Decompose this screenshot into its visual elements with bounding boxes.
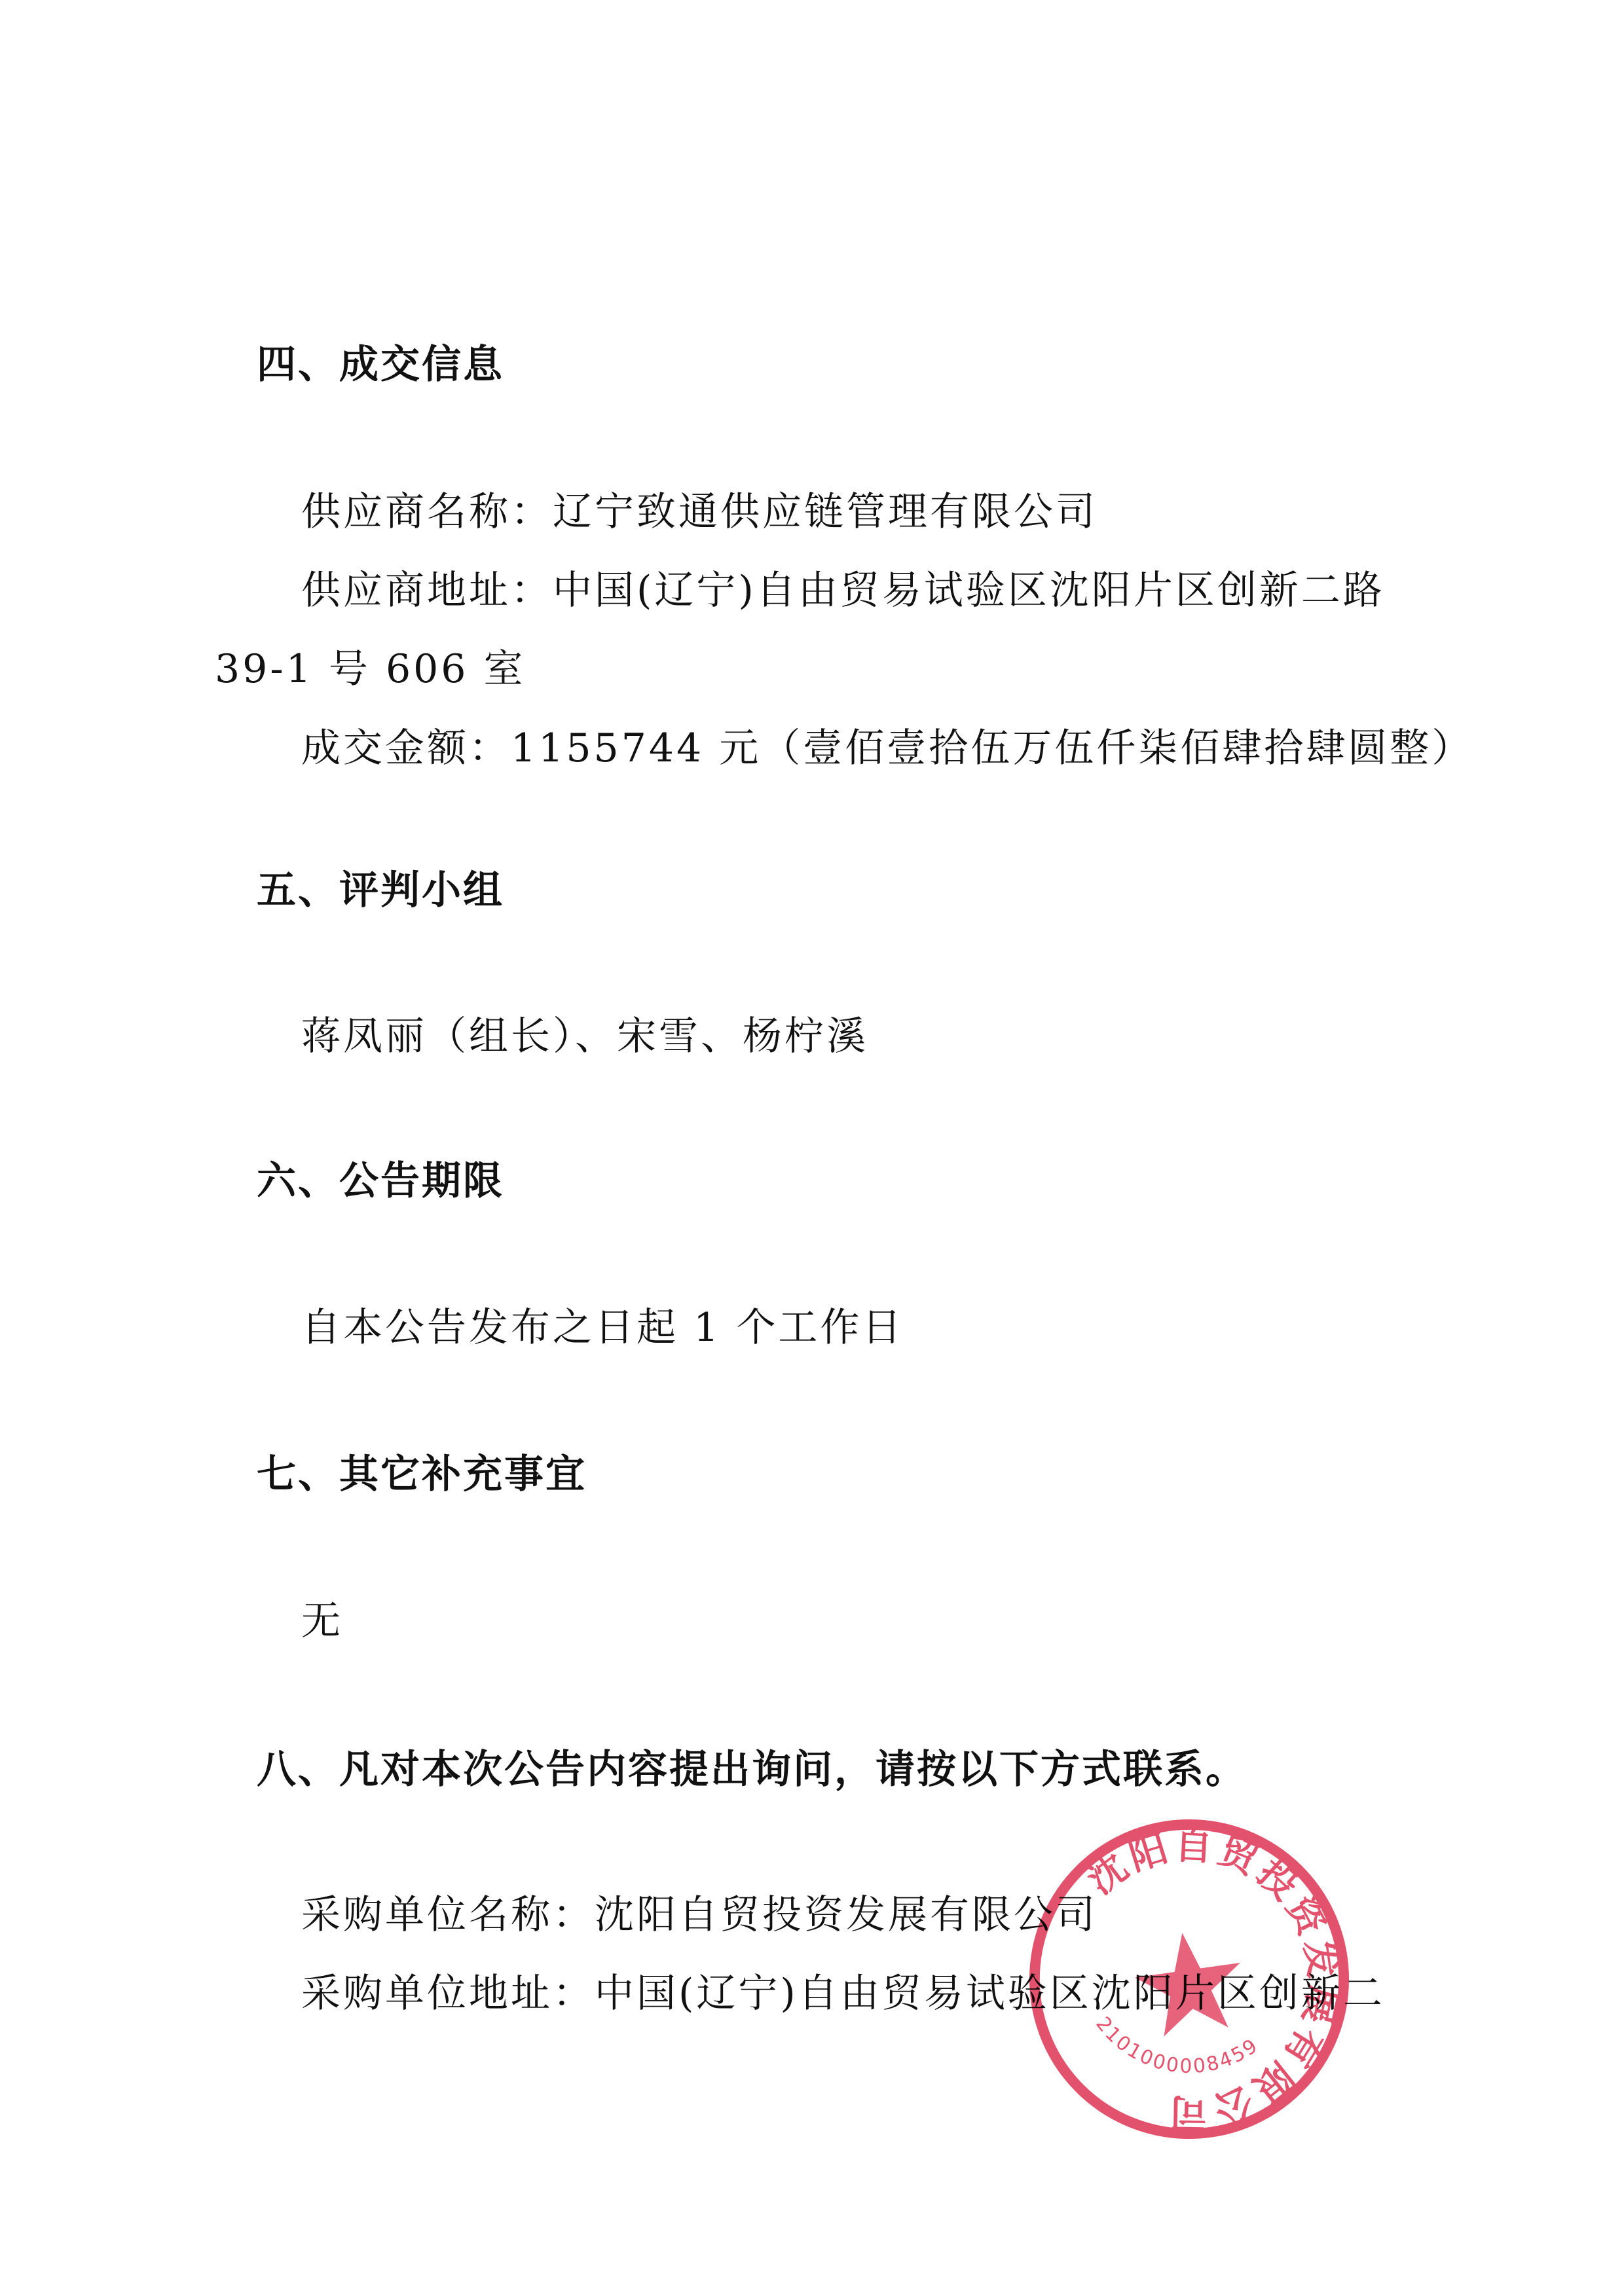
supplier-address-continuation: 39-1 号 606 室 <box>215 649 526 689</box>
section-heading-deal-info: 四、成交信息 <box>257 345 504 384</box>
supplier-name-line: 供应商名称：辽宁致通供应链管理有限公司 <box>301 492 1098 532</box>
review-panel-members: 蒋凤丽（组长）、宋雪、杨柠溪 <box>301 1017 868 1056</box>
seal-code-text: 2101000008459 <box>1091 2013 1263 2078</box>
section-heading-review-panel: 五、评判小组 <box>257 871 504 910</box>
supplier-address-line: 供应商地址：中国(辽宁)自由贸易试验区沈阳片区创新二路 <box>301 571 1385 610</box>
purchaser-name-line: 采购单位名称：沈阳自贸投资发展有限公司 <box>301 1895 1098 1935</box>
deal-amount-line: 成交金额：1155744 元（壹佰壹拾伍万伍仟柒佰肆拾肆圆整） <box>301 729 1473 768</box>
svg-text:2101000008459: 2101000008459 <box>1091 2013 1263 2078</box>
section-heading-contact: 八、凡对本次公告内容提出询问，请按以下方式联系。 <box>257 1750 1247 1789</box>
section-heading-notice-period: 六、公告期限 <box>257 1161 504 1201</box>
notice-period-text: 自本公告发布之日起 1 个工作日 <box>301 1308 904 1347</box>
other-matters-text: 无 <box>301 1601 343 1641</box>
section-heading-other-matters: 七、其它补充事宜 <box>257 1455 587 1494</box>
purchaser-address-line: 采购单位地址：中国(辽宁)自由贸易试验区沈阳片区创新二 <box>301 1974 1385 2013</box>
document-page: 四、成交信息 供应商名称：辽宁致通供应链管理有限公司 供应商地址：中国(辽宁)自… <box>0 0 1624 2296</box>
